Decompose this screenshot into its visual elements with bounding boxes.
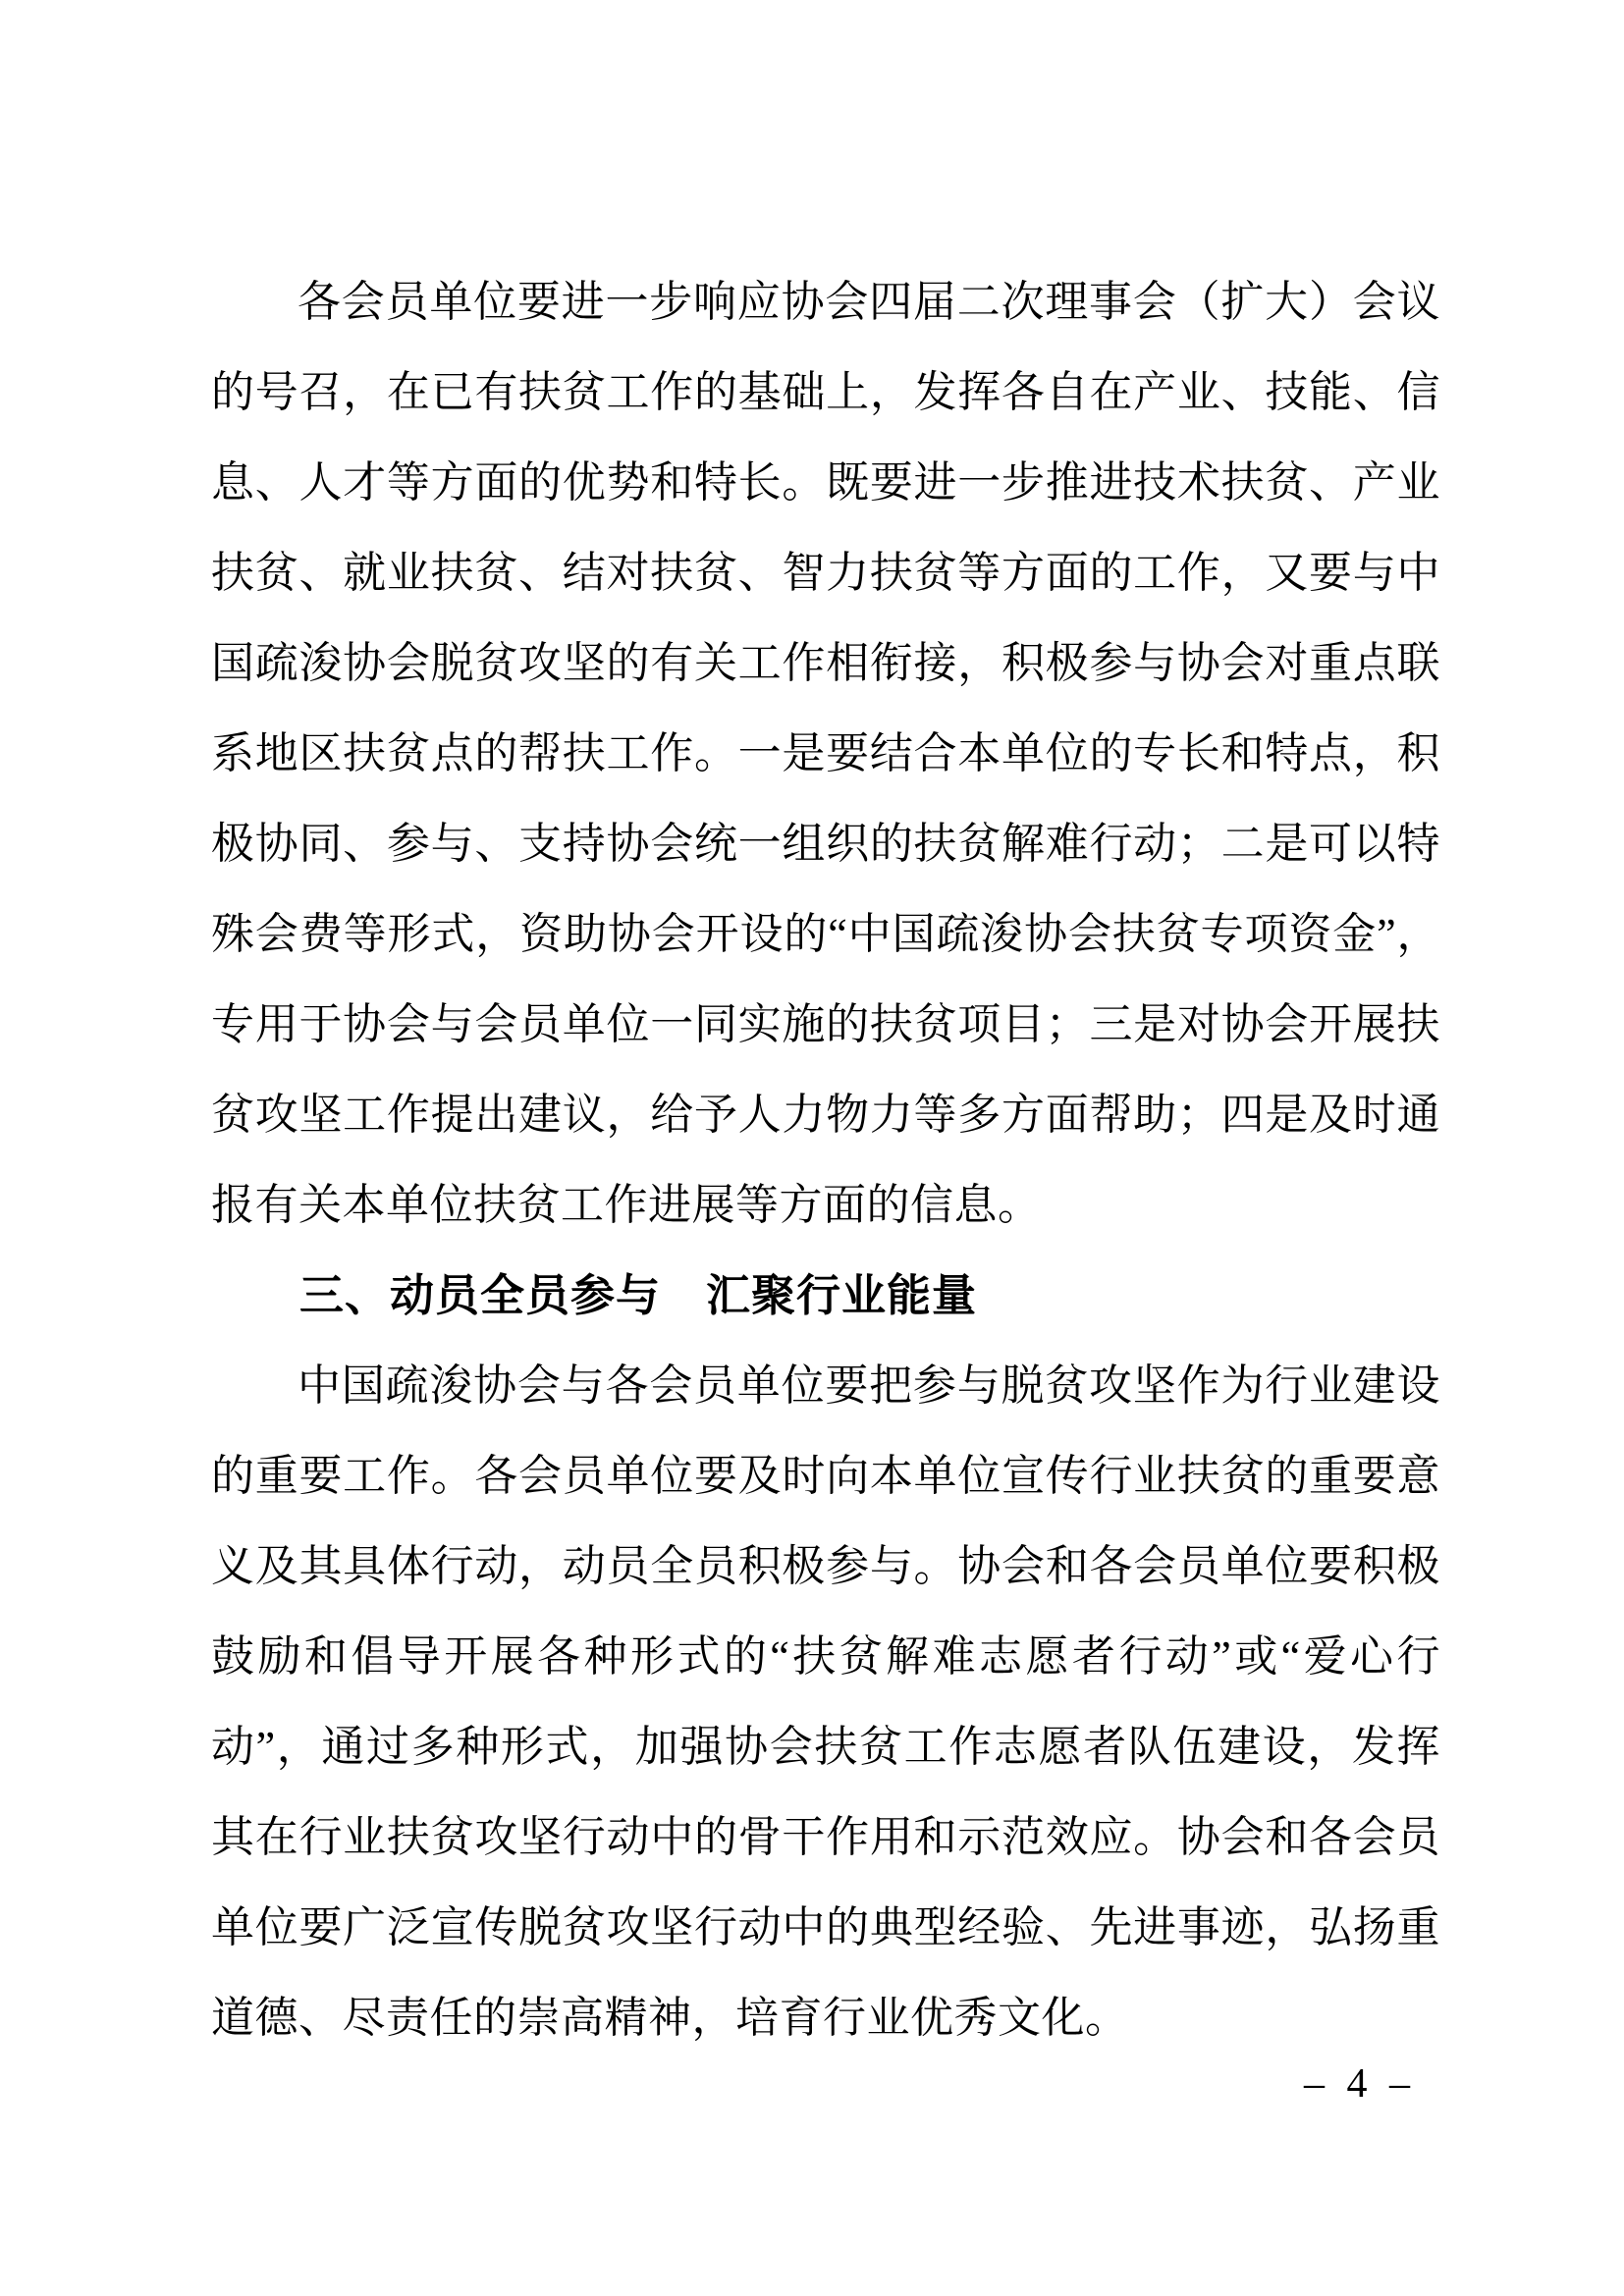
document-page: 各会员单位要进一步响应协会四届二次理事会（扩大）会议的号召，在已有扶贫工作的基础…	[0, 0, 1624, 2296]
page-number: – 4 –	[1304, 2060, 1416, 2108]
body-paragraph-1: 各会员单位要进一步响应协会四届二次理事会（扩大）会议的号召，在已有扶贫工作的基础…	[211, 257, 1440, 1251]
body-paragraph-2: 中国疏浚协会与各会员单位要把参与脱贫攻坚作为行业建设的重要工作。各会员单位要及时…	[211, 1341, 1440, 2063]
section-heading: 三、动员全员参与 汇聚行业能量	[211, 1251, 1440, 1341]
document-body: 各会员单位要进一步响应协会四届二次理事会（扩大）会议的号召，在已有扶贫工作的基础…	[211, 257, 1440, 2063]
